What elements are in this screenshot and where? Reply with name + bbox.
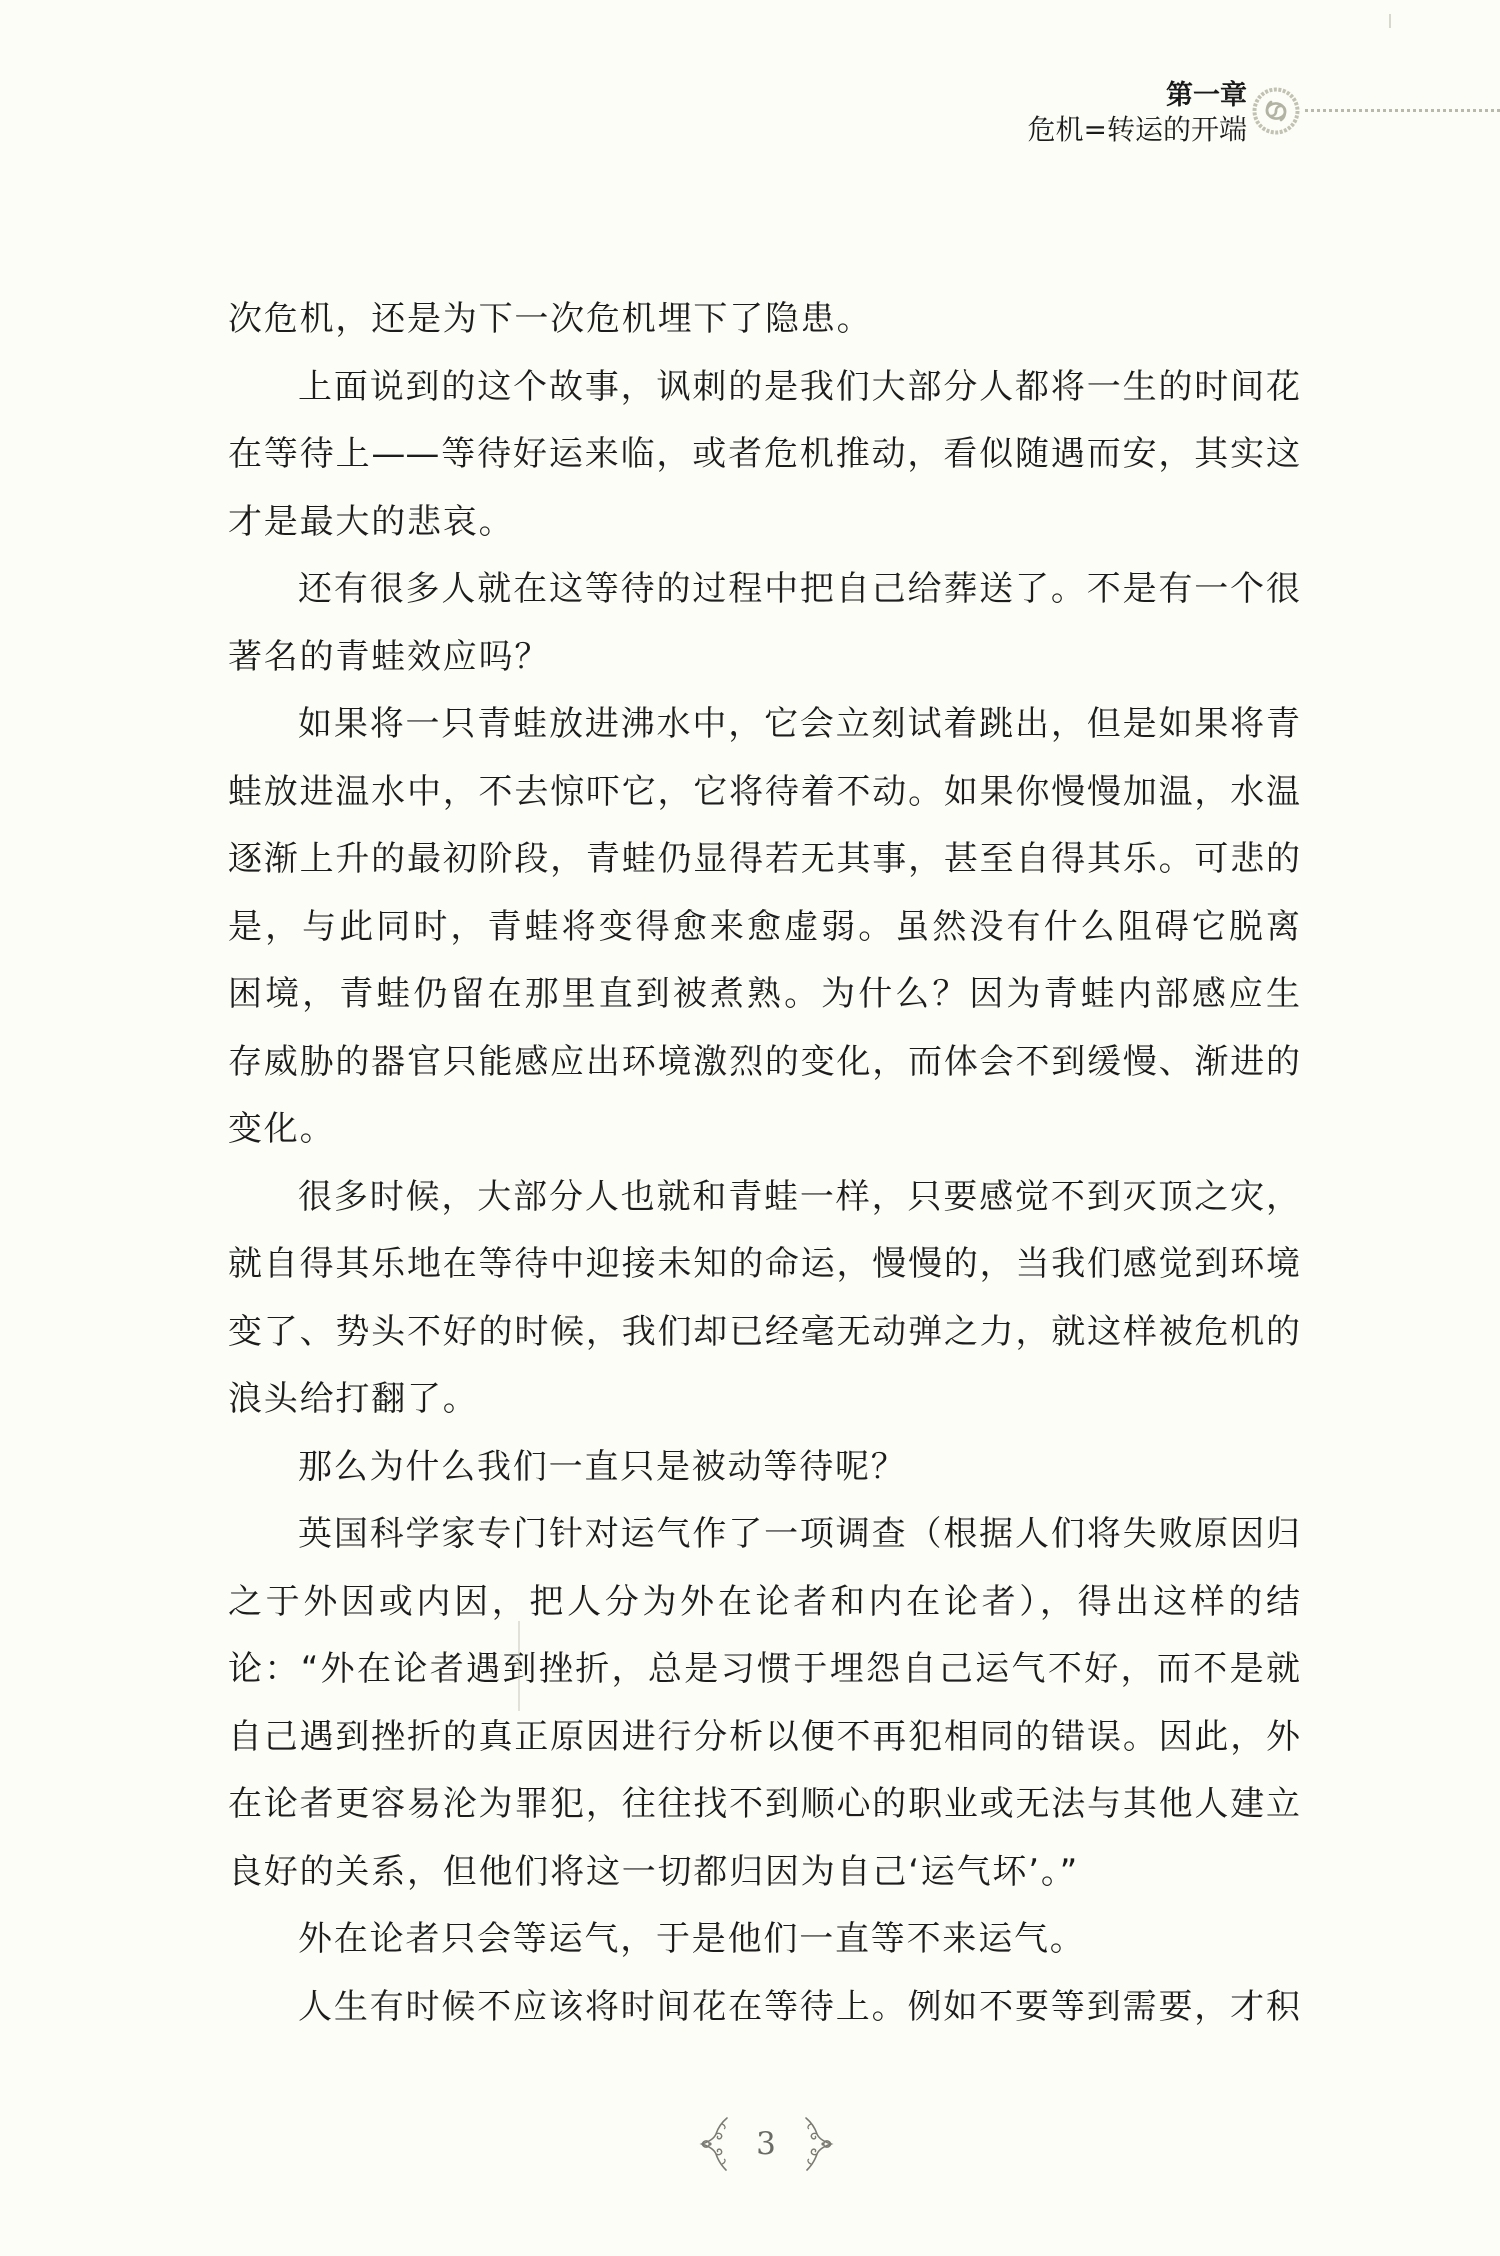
body-text: 次危机，还是为下一次危机埋下了隐患。 上面说到的这个故事，讽刺的是我们大部分人都…: [228, 286, 1300, 2041]
text-line: 那么为什么我们一直只是被动等待呢？: [228, 1434, 1300, 1502]
text-line: 变化。: [228, 1096, 1300, 1164]
text-line: 自己遇到挫折的真正原因进行分析以便不再犯相同的错误。因此，外: [228, 1704, 1300, 1772]
paragraph: 还有很多人就在这等待的过程中把自己给葬送了。不是有一个很 著名的青蛙效应吗？: [228, 556, 1300, 691]
scan-artifact-mark: [1389, 14, 1391, 28]
text-line: 困境，青蛙仍留在那里直到被煮熟。为什么？因为青蛙内部感应生: [228, 961, 1300, 1029]
text-line: 著名的青蛙效应吗？: [228, 624, 1300, 692]
chapter-label: 第一章: [1166, 79, 1247, 113]
text-line: 在等待上——等待好运来临，或者危机推动，看似随遇而安，其实这: [228, 421, 1300, 489]
scan-artifact-line: [518, 1621, 520, 1711]
text-line: 之于外因或内因，把人分为外在论者和内在论者），得出这样的结: [228, 1569, 1300, 1637]
text-line: 论：“外在论者遇到挫折，总是习惯于埋怨自己运气不好，而不是就: [228, 1636, 1300, 1704]
text-line: 浪头给打翻了。: [228, 1366, 1300, 1434]
text-line: 良好的关系，但他们将这一切都归因为自己‘运气坏’。”: [228, 1839, 1300, 1907]
text-line: 很多时候，大部分人也就和青蛙一样，只要感觉不到灭顶之灾，: [228, 1164, 1300, 1232]
text-line: 如果将一只青蛙放进沸水中，它会立刻试着跳出，但是如果将青: [228, 691, 1300, 759]
paragraph: 人生有时候不应该将时间花在等待上。例如不要等到需要，才积: [228, 1974, 1300, 2042]
paragraph: 那么为什么我们一直只是被动等待呢？: [228, 1434, 1300, 1502]
paragraph: 外在论者只会等运气，于是他们一直等不来运气。: [228, 1906, 1300, 1974]
paragraph: 很多时候，大部分人也就和青蛙一样，只要感觉不到灭顶之灾， 就自得其乐地在等待中迎…: [228, 1164, 1300, 1434]
left-flourish-icon: [697, 2115, 733, 2173]
chapter-title: 危机=转运的开端: [1028, 112, 1247, 148]
dotted-rule: [1305, 109, 1500, 112]
text-line: 还有很多人就在这等待的过程中把自己给葬送了。不是有一个很: [228, 556, 1300, 624]
page-number: 3: [741, 2122, 791, 2166]
text-line: 变了、势头不好的时候，我们却已经毫无动弹之力，就这样被危机的: [228, 1299, 1300, 1367]
paragraph: 上面说到的这个故事，讽刺的是我们大部分人都将一生的时间花 在等待上——等待好运来…: [228, 354, 1300, 557]
text-line: 是，与此同时，青蛙将变得愈来愈虚弱。虽然没有什么阻碍它脱离: [228, 894, 1300, 962]
text-line: 就自得其乐地在等待中迎接未知的命运，慢慢的，当我们感觉到环境: [228, 1231, 1300, 1299]
text-line: 存威胁的器官只能感应出环境激烈的变化，而体会不到缓慢、渐进的: [228, 1029, 1300, 1097]
paragraph: 次危机，还是为下一次危机埋下了隐患。: [228, 286, 1300, 354]
text-line: 才是最大的悲哀。: [228, 489, 1300, 557]
text-line: 上面说到的这个故事，讽刺的是我们大部分人都将一生的时间花: [228, 354, 1300, 422]
text-line: 人生有时候不应该将时间花在等待上。例如不要等到需要，才积: [228, 1974, 1300, 2042]
paragraph: 英国科学家专门针对运气作了一项调查（根据人们将失败原因归 之于外因或内因，把人分…: [228, 1501, 1300, 1906]
text-line: 外在论者只会等运气，于是他们一直等不来运气。: [228, 1906, 1300, 1974]
text-line: 逐渐上升的最初阶段，青蛙仍显得若无其事，甚至自得其乐。可悲的: [228, 826, 1300, 894]
text-line: 在论者更容易沦为罪犯，往往找不到顺心的职业或无法与其他人建立: [228, 1771, 1300, 1839]
text-line: 英国科学家专门针对运气作了一项调查（根据人们将失败原因归: [228, 1501, 1300, 1569]
spiral-ornament-icon: [1251, 86, 1301, 136]
text-line: 蛙放进温水中，不去惊吓它，它将待着不动。如果你慢慢加温，水温: [228, 759, 1300, 827]
text-line: 次危机，还是为下一次危机埋下了隐患。: [228, 286, 1300, 354]
paragraph: 如果将一只青蛙放进沸水中，它会立刻试着跳出，但是如果将青 蛙放进温水中，不去惊吓…: [228, 691, 1300, 1164]
right-flourish-icon: [800, 2115, 836, 2173]
